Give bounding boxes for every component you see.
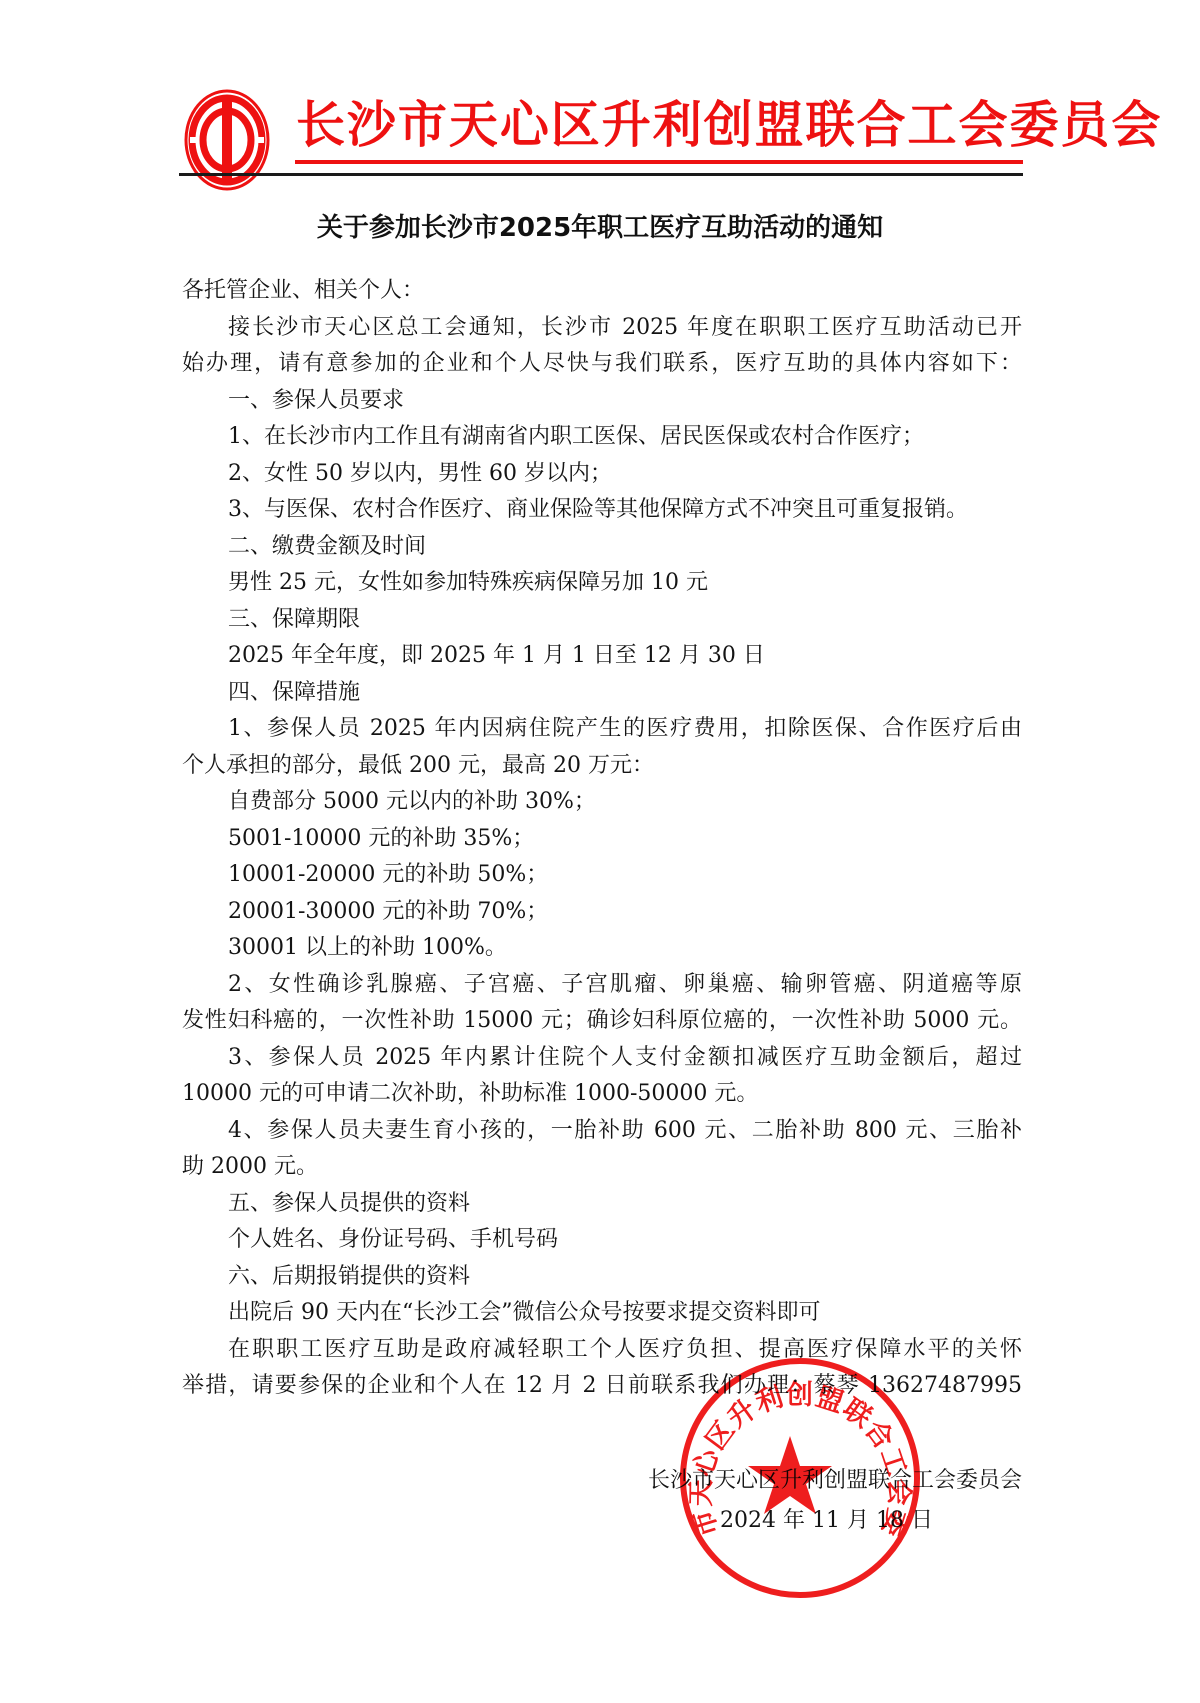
paragraph-line: 四、保障措施 [182, 675, 1022, 712]
paragraph-line: 3、与医保、农村合作医疗、商业保险等其他保障方式不冲突且可重复报销。 [182, 492, 1022, 529]
paragraph-line: 自费部分 5000 元以内的补助 30%； [182, 784, 1022, 821]
paragraph-line: 5001-10000 元的补助 35%； [182, 821, 1022, 858]
paragraph-line: 接长沙市天心区总工会通知，长沙市 2025 年度在职职工医疗互助活动已开 [182, 310, 1022, 347]
paragraph-line: 在职职工医疗互助是政府减轻职工个人医疗负担、提高医疗保障水平的关怀 [182, 1332, 1022, 1369]
salutation: 各托管企业、相关个人： [182, 273, 1022, 310]
signature-org: 长沙市天心区升利创盟联合工会委员会 [608, 1466, 1022, 1496]
paragraph-line: 三、保障期限 [182, 602, 1022, 639]
paragraph-line: 1、参保人员 2025 年内因病住院产生的医疗费用，扣除医保、合作医疗后由 [182, 711, 1022, 748]
paragraph-line: 出院后 90 天内在“长沙工会”微信公众号按要求提交资料即可 [182, 1295, 1022, 1332]
trade-union-emblem-icon [183, 88, 271, 192]
paragraph-line: 五、参保人员提供的资料 [182, 1186, 1022, 1223]
paragraph-line: 3、参保人员 2025 年内累计住院个人支付金额扣减医疗互助金额后，超过 [182, 1040, 1022, 1077]
paragraph-line: 10001-20000 元的补助 50%； [182, 857, 1022, 894]
paragraph-line: 发性妇科癌的，一次性补助 15000 元；确诊妇科原位癌的，一次性补助 5000… [182, 1003, 1022, 1040]
paragraph-line: 始办理，请有意参加的企业和个人尽快与我们联系，医疗互助的具体内容如下： [182, 346, 1022, 383]
document-body: 各托管企业、相关个人： 接长沙市天心区总工会通知，长沙市 2025 年度在职职工… [182, 273, 1022, 1405]
paragraph-line: 助 2000 元。 [182, 1149, 1022, 1186]
paragraph-line: 20001-30000 元的补助 70%； [182, 894, 1022, 931]
paragraph-line: 个人姓名、身份证号码、手机号码 [182, 1222, 1022, 1259]
paragraph-line: 10000 元的可申请二次补助，补助标准 1000-50000 元。 [182, 1076, 1022, 1113]
paragraph-line: 六、后期报销提供的资料 [182, 1259, 1022, 1296]
document-title: 关于参加长沙市2025年职工医疗互助活动的通知 [180, 210, 1020, 246]
paragraph-line: 30001 以上的补助 100%。 [182, 930, 1022, 967]
signature-date: 2024 年 11 月 18 日 [720, 1506, 940, 1536]
paragraph-line: 2、女性 50 岁以内，男性 60 岁以内； [182, 456, 1022, 493]
paragraph-line: 2025 年全年度，即 2025 年 1 月 1 日至 12 月 30 日 [182, 638, 1022, 675]
paragraph-line: 个人承担的部分，最低 200 元，最高 20 万元： [182, 748, 1022, 785]
paragraph-line: 2、女性确诊乳腺癌、子宫癌、子宫肌瘤、卵巢癌、输卵管癌、阴道癌等原 [182, 967, 1022, 1004]
document-page: 长沙市天心区升利创盟联合工会委员会 关于参加长沙市2025年职工医疗互助活动的通… [0, 0, 1200, 1703]
paragraph-lines: 接长沙市天心区总工会通知，长沙市 2025 年度在职职工医疗互助活动已开始办理，… [182, 310, 1022, 1405]
letterhead-red-rule [295, 160, 1023, 164]
paragraph-line: 一、参保人员要求 [182, 383, 1022, 420]
paragraph-line: 男性 25 元，女性如参加特殊疾病保障另加 10 元 [182, 565, 1022, 602]
paragraph-line: 4、参保人员夫妻生育小孩的，一胎补助 600 元、二胎补助 800 元、三胎补 [182, 1113, 1022, 1150]
paragraph-line: 举措，请要参保的企业和个人在 12 月 2 日前联系我们办理：蔡琴 136274… [182, 1368, 1022, 1405]
letterhead-black-rule [179, 173, 1023, 176]
paragraph-line: 1、在长沙市内工作且有湖南省内职工医保、居民医保或农村合作医疗； [182, 419, 1022, 456]
paragraph-line: 二、缴费金额及时间 [182, 529, 1022, 566]
letterhead-org-name: 长沙市天心区升利创盟联合工会委员会 [296, 96, 1021, 154]
